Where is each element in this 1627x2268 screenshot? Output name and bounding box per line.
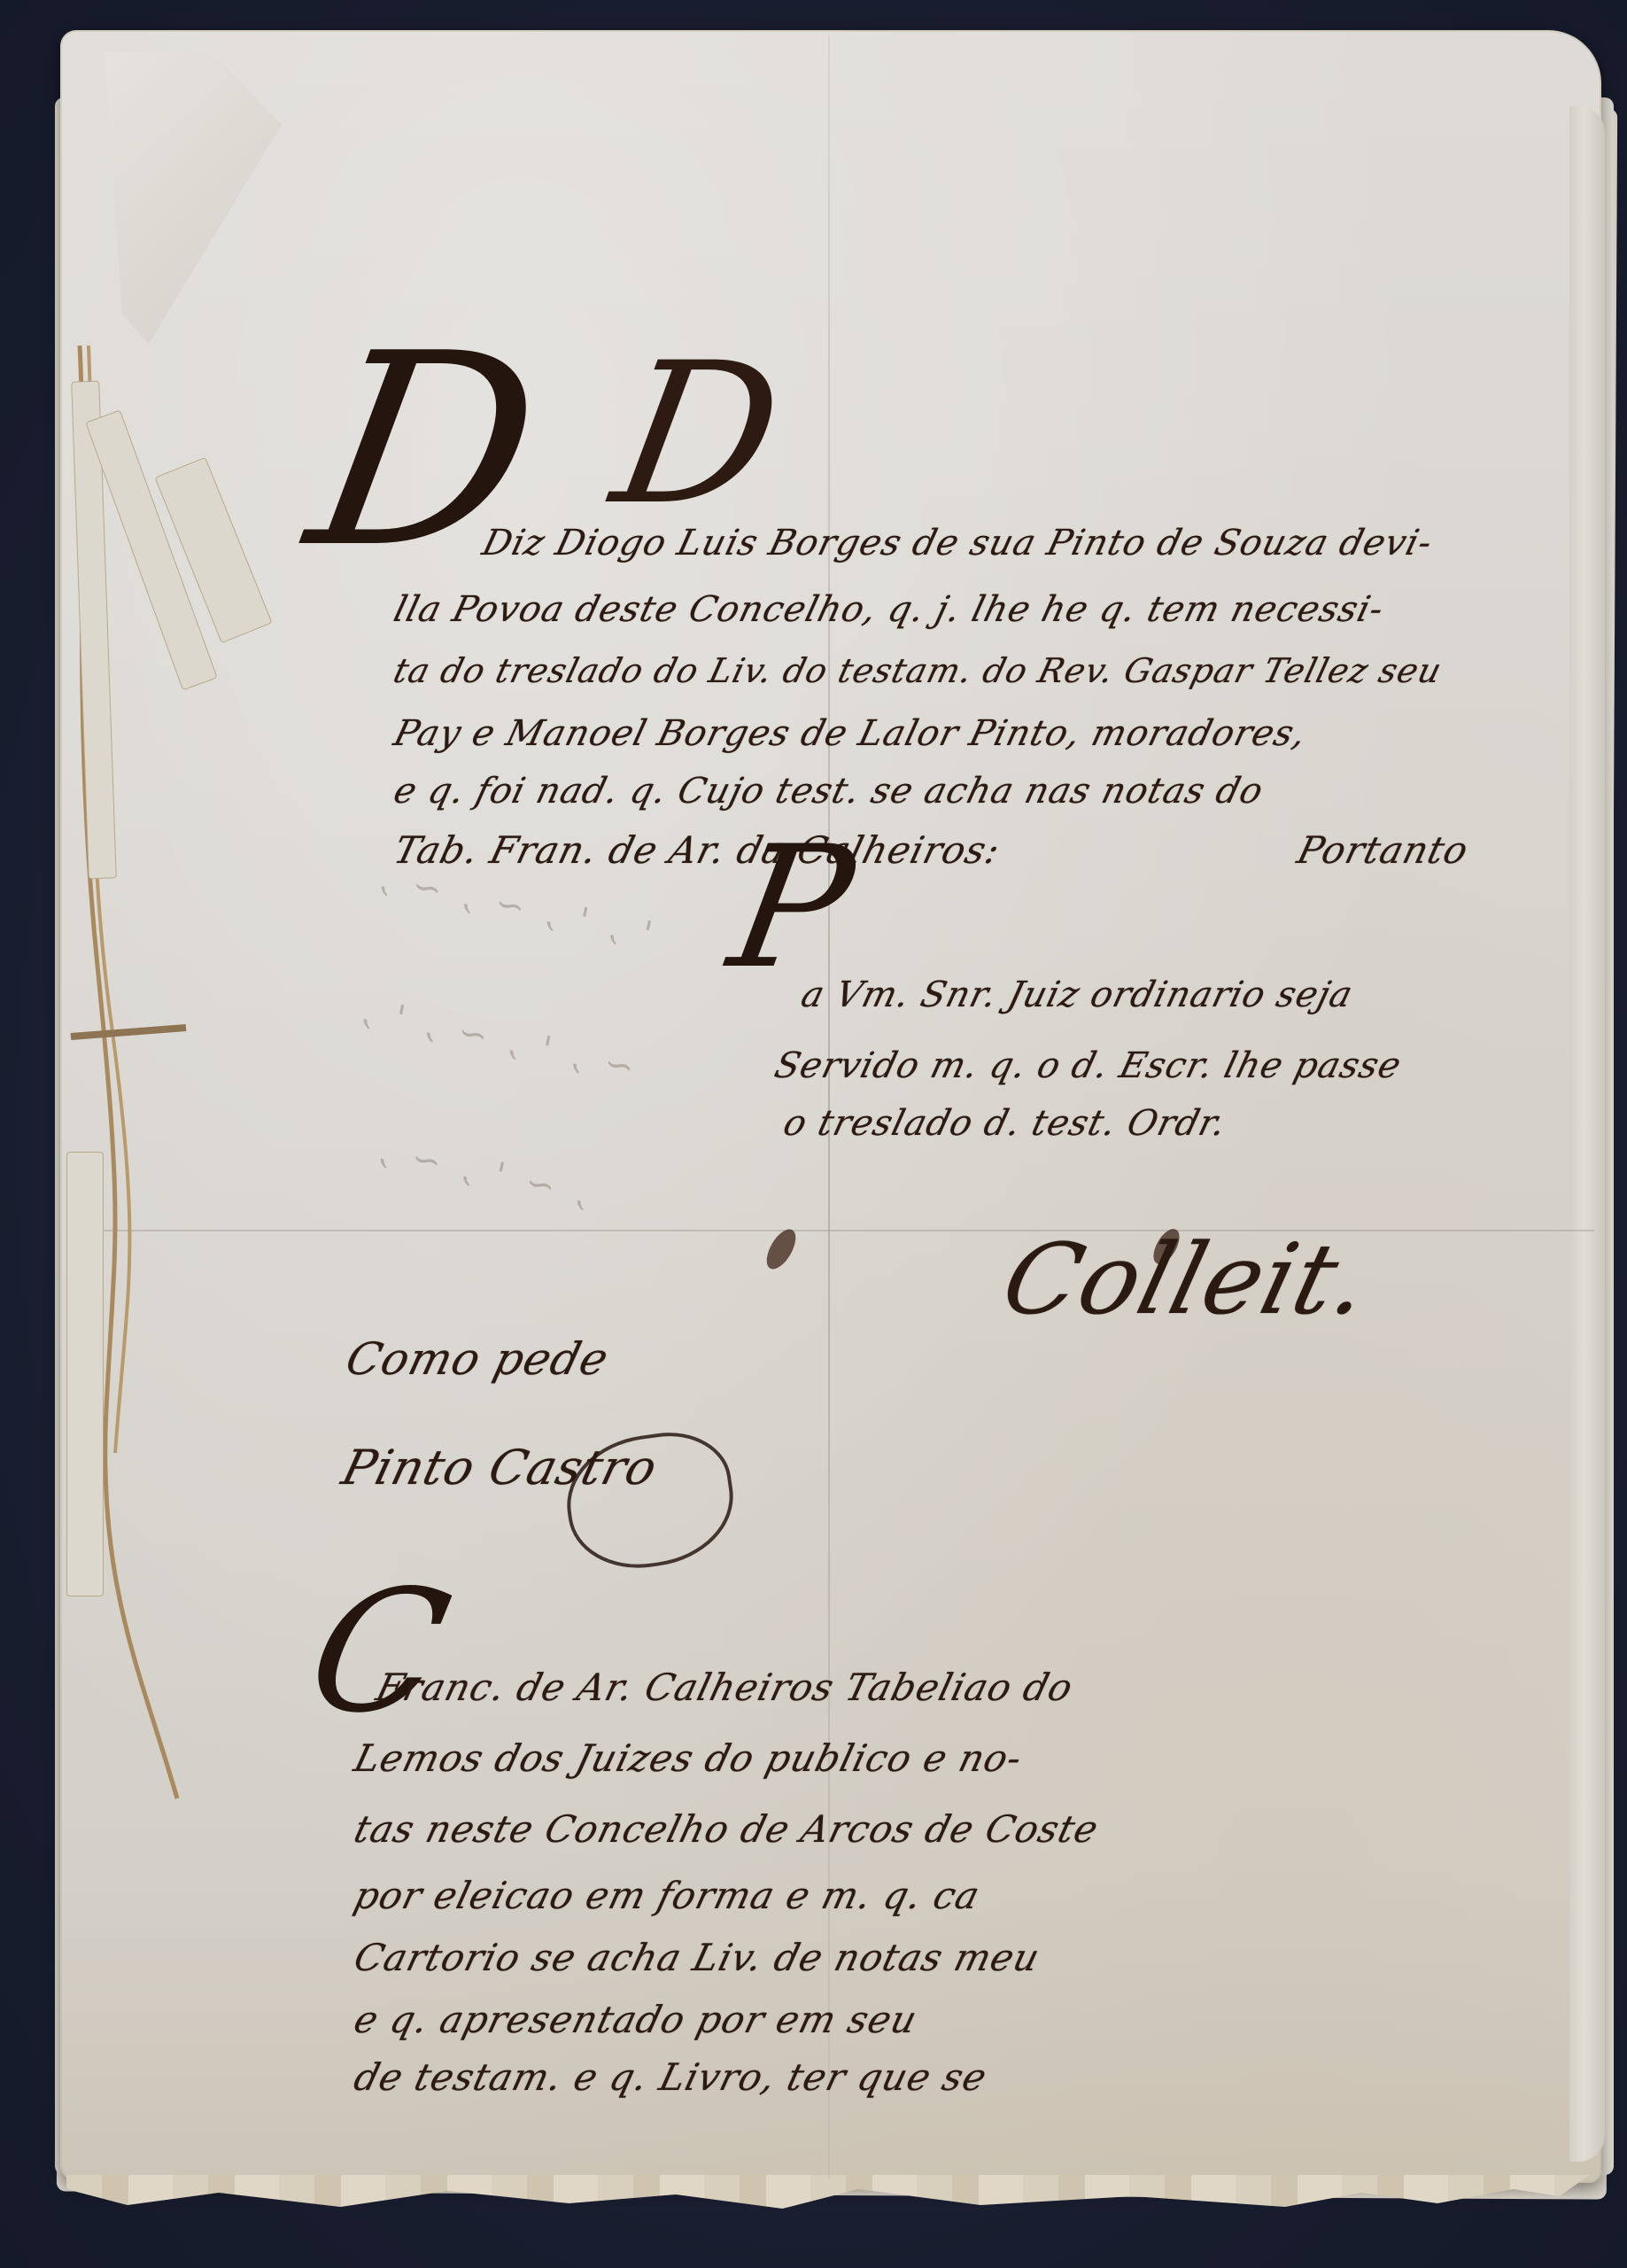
- certificate-line: Cartorio se acha Liv. de notas meu: [350, 1936, 1044, 1979]
- certificate-line: por eleicao em forma e m. q. ca: [350, 1874, 985, 1917]
- petition-line: lla Povoa deste Concelho, q. j. lhe he q…: [390, 589, 1388, 630]
- dispatch-como-pede: Como pede: [341, 1333, 614, 1385]
- petition-line: ta do treslado do Liv. do testam. do Rev…: [390, 651, 1446, 690]
- certificate-line: e q. apresentado por em seu: [350, 1998, 922, 2041]
- request-line: Servido m. q. o d. Escr. lhe passe: [771, 1045, 1406, 1086]
- certificate-line: de testam. e q. Livro, ter que se: [350, 2055, 992, 2099]
- petition-line-portanto: Portanto: [1293, 828, 1473, 872]
- certificate-line: Franc. de Ar. Calheiros Tabeliao do: [372, 1666, 1078, 1709]
- signature-colleit: Colleit.: [992, 1223, 1382, 1336]
- petition-line: e q. foi nad. q. Cujo test. se acha nas …: [390, 771, 1267, 812]
- request-line: a Vm. Snr. Juiz ordinario seja: [797, 975, 1357, 1015]
- petition-line: Tab. Fran. de Ar. da Calheiros:: [390, 828, 1004, 872]
- stacked-right-edges: [1569, 106, 1605, 2162]
- certificate-line: Lemos dos Juizes do publico e no-: [350, 1736, 1027, 1780]
- torn-leaf-stub: [66, 1152, 104, 1596]
- certificate-line: tas neste Concelho de Arcos de Coste: [350, 1807, 1104, 1851]
- petition-line: Pay e Manoel Borges de Lalor Pinto, mora…: [390, 713, 1311, 754]
- petition-line: Diz Diogo Luis Borges de sua Pinto de So…: [478, 523, 1437, 563]
- request-line: o treslado d. test. Ordr.: [779, 1103, 1230, 1144]
